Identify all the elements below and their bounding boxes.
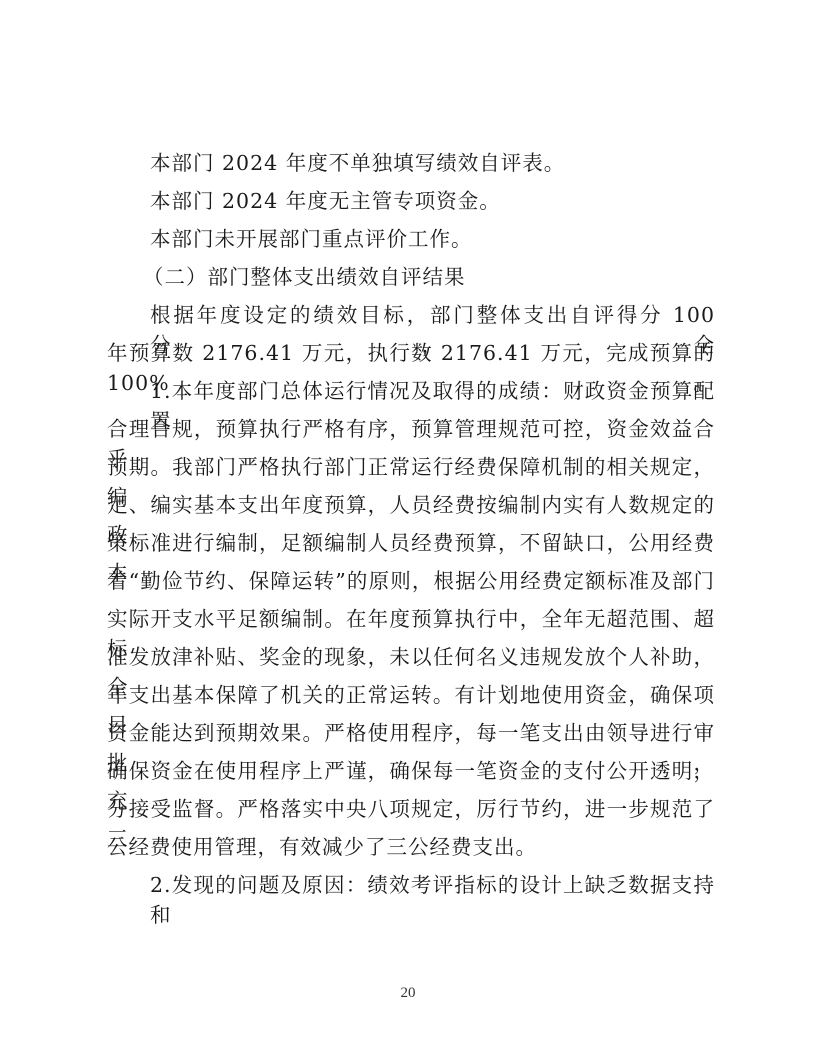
page-number: 20 bbox=[0, 985, 816, 1002]
statement-no-self-eval-form: 本部门 2024 年度不单独填写绩效自评表。 bbox=[107, 148, 715, 186]
paragraph-line: 合理合规，预算执行严格有序，预算管理规范可控，资金效益合乎 bbox=[107, 414, 715, 452]
paragraph-line: 年支出基本保障了机关的正常运转。有计划地使用资金，确保项目 bbox=[107, 680, 715, 718]
paragraph-line: 分接受监督。严格落实中央八项规定，厉行节约，进一步规范了三 bbox=[107, 794, 715, 832]
paragraph-line: 资金能达到预期效果。严格使用程序，每一笔支出由领导进行审批， bbox=[107, 718, 715, 756]
paragraph-line: 2.发现的问题及原因：绩效考评指标的设计上缺乏数据支持和 bbox=[107, 870, 715, 908]
paragraph-line: 根据年度设定的绩效目标，部门整体支出自评得分 100 分，全 bbox=[107, 300, 715, 338]
paragraph-line: 策标准进行编制，足额编制人员经费预算，不留缺口，公用经费本 bbox=[107, 528, 715, 566]
paragraph-line: 准发放津补贴、奖金的现象，未以任何名义违规发放个人补助，全 bbox=[107, 642, 715, 680]
section-heading: （二）部门整体支出绩效自评结果 bbox=[107, 262, 715, 300]
paragraph-line: 1.本年度部门总体运行情况及取得的成绩：财政资金预算配置 bbox=[107, 376, 715, 414]
paragraph-line: 确保资金在使用程序上严谨，确保每一笔资金的支付公开透明，充 bbox=[107, 756, 715, 794]
paragraph-line: 实际开支水平足额编制。在年度预算执行中，全年无超范围、超标 bbox=[107, 604, 715, 642]
paragraph-line: 公经费使用管理，有效减少了三公经费支出。 bbox=[107, 832, 715, 870]
document-body: 本部门 2024 年度不单独填写绩效自评表。 本部门 2024 年度无主管专项资… bbox=[107, 148, 715, 908]
paragraph-line: 年预算数 2176.41 万元，执行数 2176.41 万元，完成预算的 100… bbox=[107, 338, 715, 376]
statement-no-special-funds: 本部门 2024 年度无主管专项资金。 bbox=[107, 186, 715, 224]
paragraph-line: 着“勤俭节约、保障运转”的原则，根据公用经费定额标准及部门 bbox=[107, 566, 715, 604]
paragraph-line: 足、编实基本支出年度预算，人员经费按编制内实有人数规定的政 bbox=[107, 490, 715, 528]
statement-no-key-evaluation: 本部门未开展部门重点评价工作。 bbox=[107, 224, 715, 262]
paragraph-line: 预期。我部门严格执行部门正常运行经费保障机制的相关规定，编 bbox=[107, 452, 715, 490]
